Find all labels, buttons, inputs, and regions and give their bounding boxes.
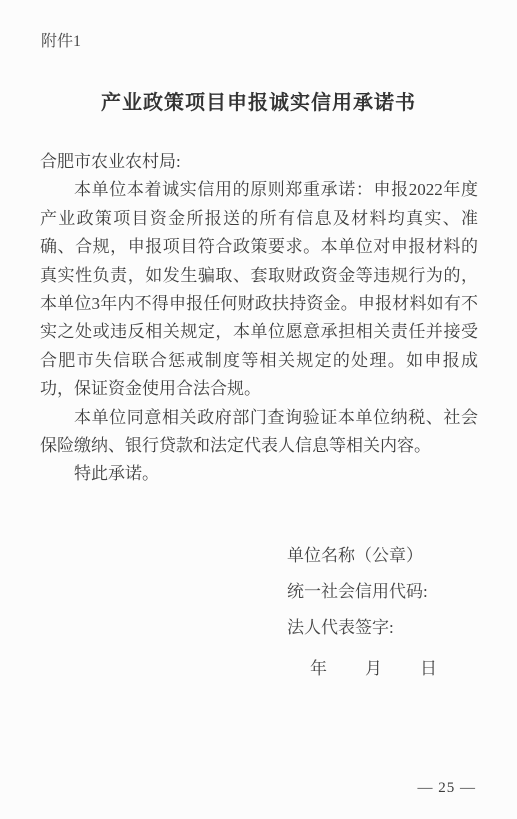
date-month-label: 月 [365,655,382,683]
unit-name-label: 单位名称（公章） [287,538,428,574]
attachment-label: 附件1 [41,28,81,51]
salutation: 合肥市农业农村局: [40,148,478,176]
date-line: 年 月 日 [310,655,437,683]
page-number: — 25 — [418,780,477,797]
credit-code-label: 统一社会信用代码: [287,574,428,610]
signature-block: 单位名称（公章） 统一社会信用代码: 法人代表签字: [287,538,428,646]
document-page: 附件1 产业政策项目申报诚实信用承诺书 合肥市农业农村局: 本单位本着诚实信用的… [0,0,517,819]
paragraph-authorization: 本单位同意相关政府部门查询验证本单位纳税、社会保险缴纳、银行贷款和法定代表人信息… [40,404,478,461]
document-title: 产业政策项目申报诚实信用承诺书 [0,86,517,115]
date-day-label: 日 [420,655,437,683]
paragraph-closing: 特此承诺。 [40,460,478,488]
paragraph-commitment: 本单位本着诚实信用的原则郑重承诺：申报2022年度产业政策项目资金所报送的所有信… [40,176,478,403]
document-body: 合肥市农业农村局: 本单位本着诚实信用的原则郑重承诺：申报2022年度产业政策项… [40,148,478,489]
date-year-label: 年 [310,655,327,683]
legal-rep-signature-label: 法人代表签字: [287,610,428,646]
